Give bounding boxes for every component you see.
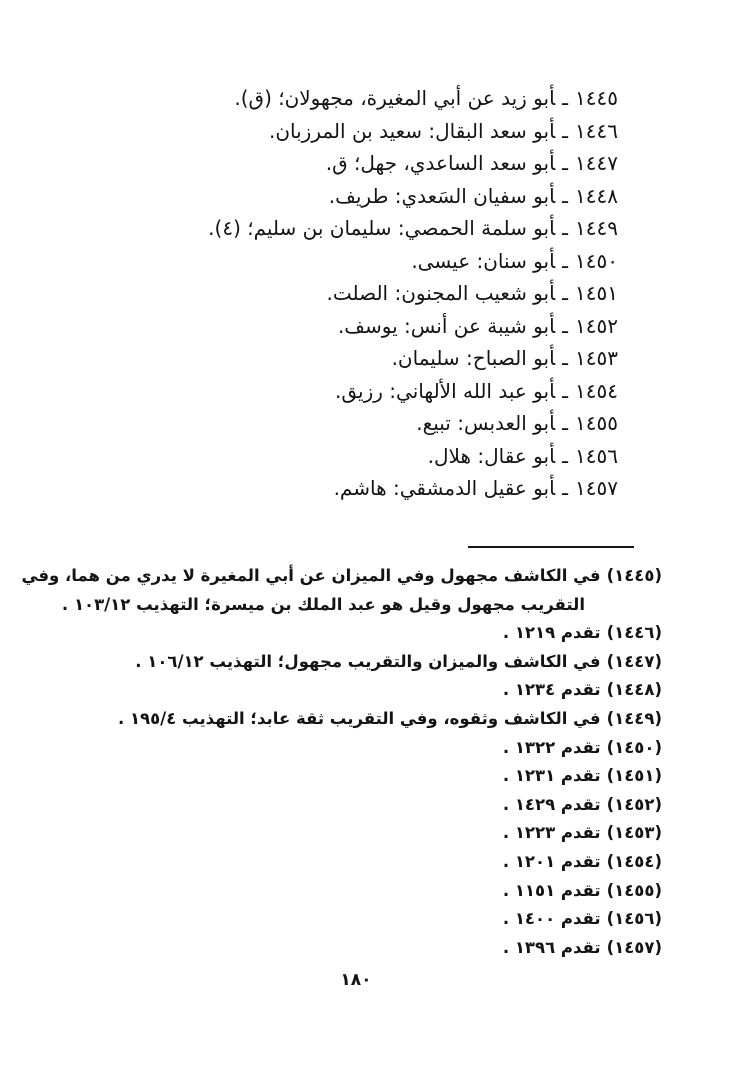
- entry-dash: ـ: [562, 119, 568, 143]
- footnote-text: في الكاشف والميزان والتقريب مجهول؛ التهذ…: [135, 652, 600, 671]
- footnote-number: (١٤٥٠): [607, 738, 662, 757]
- footnote-first-line: (١٤٥٦)تقدم ١٤٠٠ .: [95, 905, 662, 934]
- entry-row: ١٤٤٩ـأبو سلمة الحمصي: سليمان بن سليم؛ (٤…: [30, 212, 618, 245]
- footnote-first-line: (١٤٥١)تقدم ١٢٣١ .: [95, 762, 662, 791]
- entry-dash: ـ: [562, 216, 568, 240]
- entry-text: أبو زيد عن أبي المغيرة، مجهولان؛ (ق).: [234, 86, 555, 110]
- entry-text: أبو الصباح: سليمان.: [392, 346, 556, 370]
- entry-text: أبو عقال: هلال.: [428, 444, 556, 468]
- entry-row: ١٤٤٥ـأبو زيد عن أبي المغيرة، مجهولان؛ (ق…: [30, 82, 618, 115]
- entry-row: ١٤٥٢ـأبو شيبة عن أنس: يوسف.: [30, 310, 618, 343]
- entry-number: ١٤٥٤: [575, 379, 618, 403]
- entry-number: ١٤٥٠: [575, 249, 618, 273]
- entry-text: أبو عقيل الدمشقي: هاشم.: [334, 476, 556, 500]
- footnote-row: (١٤٤٨)تقدم ١٢٣٤ .: [95, 676, 662, 705]
- footnote-number: (١٤٤٩): [607, 709, 662, 728]
- footnote-text: تقدم ١٢٢٣ .: [503, 823, 601, 842]
- entry-row: ١٤٥٥ـأبو العدبس: تبيع.: [30, 407, 618, 440]
- footnote-row: (١٤٥٠)تقدم ١٣٢٢ .: [95, 734, 662, 763]
- footnote-row: (١٤٤٥)في الكاشف مجهول وفي الميزان عن أبي…: [95, 562, 662, 619]
- entry-row: ١٤٥١ـأبو شعيب المجنون: الصلت.: [30, 277, 618, 310]
- footnote-row: (١٤٥١)تقدم ١٢٣١ .: [95, 762, 662, 791]
- footnote-separator-rule: [468, 546, 634, 548]
- footnote-text: تقدم ١٢١٩ .: [503, 623, 601, 642]
- footnote-number: (١٤٤٨): [607, 680, 662, 699]
- footnote-text: تقدم ١٢٠١ .: [503, 852, 601, 871]
- footnote-number: (١٤٥٧): [607, 938, 662, 957]
- entry-dash: ـ: [562, 86, 568, 110]
- footnote-number: (١٤٥٢): [607, 795, 662, 814]
- footnote-number: (١٤٥٤): [607, 852, 662, 871]
- entry-text: أبو شيبة عن أنس: يوسف.: [338, 314, 555, 338]
- entry-number: ١٤٤٨: [575, 184, 618, 208]
- entry-dash: ـ: [562, 346, 568, 370]
- entry-dash: ـ: [562, 151, 568, 175]
- entry-text: أبو سعد الساعدي، جهل؛ ق.: [326, 151, 555, 175]
- footnote-row: (١٤٥٣)تقدم ١٢٢٣ .: [95, 819, 662, 848]
- entry-dash: ـ: [562, 411, 568, 435]
- footnote-row: (١٤٤٧)في الكاشف والميزان والتقريب مجهول؛…: [95, 648, 662, 677]
- entry-number: ١٤٤٩: [575, 216, 618, 240]
- footnote-first-line: (١٤٤٥)في الكاشف مجهول وفي الميزان عن أبي…: [95, 562, 662, 591]
- entry-dash: ـ: [562, 184, 568, 208]
- page-number: ١٨٠: [0, 970, 712, 990]
- entry-dash: ـ: [562, 444, 568, 468]
- footnote-number: (١٤٤٦): [607, 623, 662, 642]
- footnote-number: (١٤٥٦): [607, 909, 662, 928]
- footnote-row: (١٤٥٢)تقدم ١٤٢٩ .: [95, 791, 662, 820]
- entry-dash: ـ: [562, 379, 568, 403]
- footnote-text: تقدم ١٣٩٦ .: [503, 938, 601, 957]
- footnote-row: (١٤٤٩)في الكاشف وثقوه، وفي التقريب ثقة ع…: [95, 705, 662, 734]
- entry-row: ١٤٤٨ـأبو سفيان السَعدي: طريف.: [30, 180, 618, 213]
- entry-row: ١٤٤٦ـأبو سعد البقال: سعيد بن المرزبان.: [30, 115, 618, 148]
- footnote-continuation-line: التقريب مجهول وقيل هو عبد الملك بن ميسرة…: [95, 591, 585, 620]
- entry-row: ١٤٥٣ـأبو الصباح: سليمان.: [30, 342, 618, 375]
- footnote-first-line: (١٤٤٨)تقدم ١٢٣٤ .: [95, 676, 662, 705]
- entry-number: ١٤٥٣: [575, 346, 618, 370]
- book-page: { "page_number": "١٨٠", "entries_dash": …: [0, 0, 746, 1077]
- entry-dash: ـ: [562, 476, 568, 500]
- entry-number: ١٤٥٦: [575, 444, 618, 468]
- entry-number: ١٤٤٧: [575, 151, 618, 175]
- entry-dash: ـ: [562, 314, 568, 338]
- footnote-first-line: (١٤٥٥)تقدم ١١٥١ .: [95, 877, 662, 906]
- entry-text: أبو سفيان السَعدي: طريف.: [329, 184, 555, 208]
- entry-dash: ـ: [562, 249, 568, 273]
- footnote-first-line: (١٤٥٢)تقدم ١٤٢٩ .: [95, 791, 662, 820]
- entry-text: أبو سعد البقال: سعيد بن المرزبان.: [269, 119, 555, 143]
- footnote-number: (١٤٥٣): [607, 823, 662, 842]
- footnote-number: (١٤٤٧): [607, 652, 662, 671]
- footnote-number: (١٤٤٥): [607, 566, 662, 585]
- footnote-row: (١٤٥٦)تقدم ١٤٠٠ .: [95, 905, 662, 934]
- footnote-row: (١٤٤٦)تقدم ١٢١٩ .: [95, 619, 662, 648]
- entry-text: أبو عبد الله الألهاني: رزيق.: [335, 379, 555, 403]
- footnote-first-line: (١٤٥٤)تقدم ١٢٠١ .: [95, 848, 662, 877]
- footnote-text: في الكاشف وثقوه، وفي التقريب ثقة عابد؛ ا…: [118, 709, 601, 728]
- footnote-text: تقدم ١٤٢٩ .: [503, 795, 601, 814]
- entry-text: أبو العدبس: تبيع.: [416, 411, 555, 435]
- entry-text: أبو سلمة الحمصي: سليمان بن سليم؛ (٤).: [208, 216, 555, 240]
- footnote-text: تقدم ١٢٣١ .: [503, 766, 601, 785]
- entry-number: ١٤٥١: [575, 281, 618, 305]
- entry-row: ١٤٥٧ـأبو عقيل الدمشقي: هاشم.: [30, 472, 618, 505]
- entry-row: ١٤٥٦ـأبو عقال: هلال.: [30, 440, 618, 473]
- footnote-text: تقدم ١٤٠٠ .: [503, 909, 601, 928]
- entry-text: أبو شعيب المجنون: الصلت.: [327, 281, 556, 305]
- entry-row: ١٤٥٤ـأبو عبد الله الألهاني: رزيق.: [30, 375, 618, 408]
- footnote-number: (١٤٥١): [607, 766, 662, 785]
- entry-row: ١٤٥٠ـأبو سنان: عيسى.: [30, 245, 618, 278]
- entry-dash: ـ: [562, 281, 568, 305]
- entries-list: ١٤٤٥ـأبو زيد عن أبي المغيرة، مجهولان؛ (ق…: [30, 82, 618, 505]
- footnote-number: (١٤٥٥): [607, 881, 662, 900]
- entry-row: ١٤٤٧ـأبو سعد الساعدي، جهل؛ ق.: [30, 147, 618, 180]
- footnote-first-line: (١٤٥٣)تقدم ١٢٢٣ .: [95, 819, 662, 848]
- footnote-text: في الكاشف مجهول وفي الميزان عن أبي المغي…: [22, 566, 601, 585]
- footnote-first-line: (١٤٤٧)في الكاشف والميزان والتقريب مجهول؛…: [95, 648, 662, 677]
- footnotes-list: (١٤٤٥)في الكاشف مجهول وفي الميزان عن أبي…: [95, 562, 662, 962]
- footnote-first-line: (١٤٤٩)في الكاشف وثقوه، وفي التقريب ثقة ع…: [95, 705, 662, 734]
- entry-number: ١٤٥٧: [575, 476, 618, 500]
- entry-number: ١٤٤٥: [575, 86, 618, 110]
- footnote-first-line: (١٤٥٠)تقدم ١٣٢٢ .: [95, 734, 662, 763]
- footnote-first-line: (١٤٥٧)تقدم ١٣٩٦ .: [95, 934, 662, 963]
- entry-number: ١٤٥٥: [575, 411, 618, 435]
- footnote-first-line: (١٤٤٦)تقدم ١٢١٩ .: [95, 619, 662, 648]
- footnote-row: (١٤٥٥)تقدم ١١٥١ .: [95, 877, 662, 906]
- footnote-text: تقدم ١٢٣٤ .: [503, 680, 601, 699]
- footnote-row: (١٤٥٧)تقدم ١٣٩٦ .: [95, 934, 662, 963]
- entry-number: ١٤٤٦: [575, 119, 618, 143]
- footnote-text: تقدم ١٣٢٢ .: [503, 738, 601, 757]
- entry-number: ١٤٥٢: [575, 314, 618, 338]
- footnote-row: (١٤٥٤)تقدم ١٢٠١ .: [95, 848, 662, 877]
- entry-text: أبو سنان: عيسى.: [411, 249, 555, 273]
- footnote-text: تقدم ١١٥١ .: [503, 881, 601, 900]
